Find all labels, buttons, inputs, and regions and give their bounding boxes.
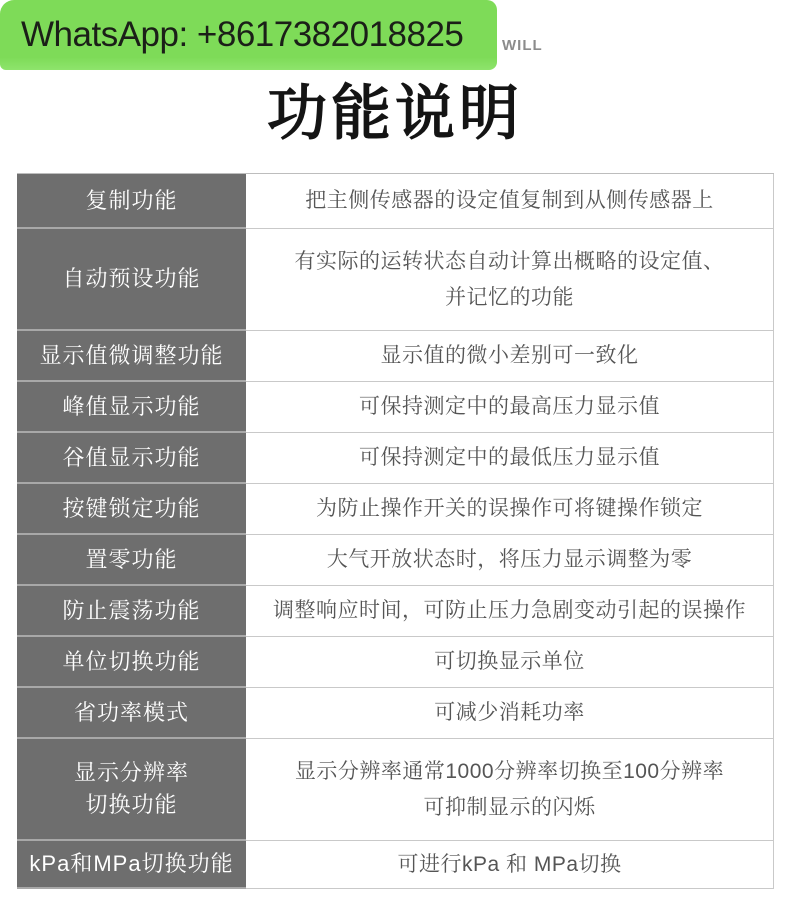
whatsapp-contact-text: WhatsApp: +8617382018825 — [21, 15, 463, 55]
description-text: 显示值的微小差别可一致化 — [381, 338, 639, 374]
table-row: 按键锁定功能 为防止操作开关的误操作可将键操作锁定 — [17, 484, 774, 535]
feature-label: 显示分辨率 — [74, 757, 189, 789]
description-cell: 可保持测定中的最高压力显示值 — [246, 382, 774, 433]
feature-cell: 按键锁定功能 — [17, 484, 246, 535]
description-cell: 显示值的微小差别可一致化 — [246, 331, 774, 382]
feature-cell: 单位切换功能 — [17, 637, 246, 688]
feature-label: 显示值微调整功能 — [39, 340, 223, 372]
feature-cell: 自动预设功能 — [17, 229, 246, 331]
feature-label: 复制功能 — [85, 185, 177, 217]
description-cell: 有实际的运转状态自动计算出概略的设定值、 并记忆的功能 — [246, 229, 774, 331]
description-cell: 可进行kPa 和 MPa切换 — [246, 841, 774, 889]
feature-cell: 显示分辨率 切换功能 — [17, 739, 246, 841]
description-text: 调整响应时间，可防止压力急剧变动引起的误操作 — [273, 593, 746, 629]
description-cell: 调整响应时间，可防止压力急剧变动引起的误操作 — [246, 586, 774, 637]
whatsapp-banner: WhatsApp: +8617382018825 — [0, 0, 497, 70]
page-title: 功能说明 — [0, 66, 790, 152]
brand-watermark: WILL — [502, 37, 543, 54]
table-row: 防止震荡功能 调整响应时间，可防止压力急剧变动引起的误操作 — [17, 586, 774, 637]
description-text: 显示分辨率通常1000分辨率切换至100分辨率 — [295, 754, 724, 790]
feature-cell: kPa和MPa切换功能 — [17, 841, 246, 889]
features-table: 复制功能 把主侧传感器的设定值复制到从侧传感器上 自动预设功能 有实际的运转状态… — [17, 173, 774, 889]
description-cell: 可保持测定中的最低压力显示值 — [246, 433, 774, 484]
description-cell: 可减少消耗功率 — [246, 688, 774, 739]
feature-label: 切换功能 — [85, 789, 177, 821]
feature-cell: 防止震荡功能 — [17, 586, 246, 637]
description-text: 大气开放状态时，将压力显示调整为零 — [327, 542, 693, 578]
feature-label: 谷值显示功能 — [62, 442, 200, 474]
feature-cell: 峰值显示功能 — [17, 382, 246, 433]
feature-cell: 复制功能 — [17, 174, 246, 229]
description-text: 并记忆的功能 — [445, 280, 574, 316]
description-text: 可进行kPa 和 MPa切换 — [397, 847, 621, 883]
feature-label: 按键锁定功能 — [62, 493, 200, 525]
table-row: 自动预设功能 有实际的运转状态自动计算出概略的设定值、 并记忆的功能 — [17, 229, 774, 331]
description-text: 可切换显示单位 — [434, 644, 585, 680]
table-row: kPa和MPa切换功能 可进行kPa 和 MPa切换 — [17, 841, 774, 889]
feature-cell: 谷值显示功能 — [17, 433, 246, 484]
table-row: 显示分辨率 切换功能 显示分辨率通常1000分辨率切换至100分辨率 可抑制显示… — [17, 739, 774, 841]
feature-label: 自动预设功能 — [62, 263, 200, 295]
description-cell: 大气开放状态时，将压力显示调整为零 — [246, 535, 774, 586]
table-row: 置零功能 大气开放状态时，将压力显示调整为零 — [17, 535, 774, 586]
description-text: 可保持测定中的最高压力显示值 — [359, 389, 660, 425]
description-cell: 显示分辨率通常1000分辨率切换至100分辨率 可抑制显示的闪烁 — [246, 739, 774, 841]
description-cell: 把主侧传感器的设定值复制到从侧传感器上 — [246, 174, 774, 229]
feature-cell: 显示值微调整功能 — [17, 331, 246, 382]
feature-cell: 置零功能 — [17, 535, 246, 586]
feature-label: 防止震荡功能 — [62, 595, 200, 627]
table-row: 显示值微调整功能 显示值的微小差别可一致化 — [17, 331, 774, 382]
description-text: 把主侧传感器的设定值复制到从侧传感器上 — [305, 183, 714, 219]
table-row: 复制功能 把主侧传感器的设定值复制到从侧传感器上 — [17, 174, 774, 229]
description-text: 可抑制显示的闪烁 — [424, 790, 596, 826]
description-cell: 为防止操作开关的误操作可将键操作锁定 — [246, 484, 774, 535]
feature-label: 单位切换功能 — [62, 646, 200, 678]
feature-label: 峰值显示功能 — [62, 391, 200, 423]
feature-label: kPa和MPa切换功能 — [29, 848, 233, 880]
table-row: 单位切换功能 可切换显示单位 — [17, 637, 774, 688]
description-text: 可减少消耗功率 — [434, 695, 585, 731]
table-row: 省功率模式 可减少消耗功率 — [17, 688, 774, 739]
description-text: 有实际的运转状态自动计算出概略的设定值、 — [295, 244, 725, 280]
feature-label: 置零功能 — [85, 544, 177, 576]
feature-label: 省功率模式 — [74, 697, 189, 729]
table-row: 峰值显示功能 可保持测定中的最高压力显示值 — [17, 382, 774, 433]
feature-cell: 省功率模式 — [17, 688, 246, 739]
table-row: 谷值显示功能 可保持测定中的最低压力显示值 — [17, 433, 774, 484]
description-text: 为防止操作开关的误操作可将键操作锁定 — [316, 491, 703, 527]
description-text: 可保持测定中的最低压力显示值 — [359, 440, 660, 476]
description-cell: 可切换显示单位 — [246, 637, 774, 688]
